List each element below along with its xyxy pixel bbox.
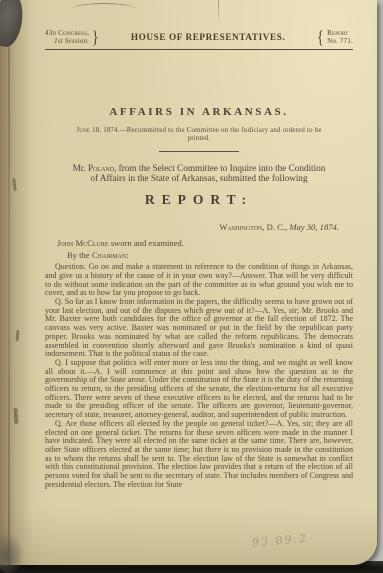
separator-rule: [159, 151, 239, 152]
recommittal-line2: printed.: [45, 135, 353, 143]
right-brace: {: [316, 28, 326, 46]
submission-line1: Mr. Poland, from the Select Committee to…: [45, 163, 353, 174]
dateline-date: May 30, 1874.: [289, 222, 339, 232]
gutter-fold-line: [8, 0, 10, 565]
left-brace: }: [90, 28, 100, 46]
submission-line1-rest: , from the Select Committee to Inquire i…: [114, 163, 325, 173]
recommittal-line1: June 18, 1874.—Recommitted to the Commit…: [45, 127, 353, 135]
submitter-name: Poland: [88, 163, 114, 173]
testimony-body: Question. Go on and make a statement in …: [45, 263, 353, 489]
by-suffix: :: [126, 250, 128, 260]
document-header: 43d Congress, 1st Session. } HOUSE OF RE…: [45, 28, 353, 46]
chairman-name: Chairman: [92, 250, 126, 260]
dateline-place: Washington, D. C.,: [219, 222, 289, 232]
stitch-thread: [12, 178, 16, 191]
by-prefix: By the: [67, 250, 92, 260]
recommittal-line1-rest: 18, 1874.—Recommitted to the Committee o…: [90, 127, 321, 134]
document-page: 43d Congress, 1st Session. } HOUSE OF RE…: [0, 0, 377, 565]
recommittal-note: June 18, 1874.—Recommitted to the Commit…: [45, 127, 353, 143]
handwritten-catalog-number: 93.09.2: [252, 532, 309, 550]
stitch-thread: [16, 330, 20, 341]
congress-session-block: 43d Congress, 1st Session. }: [45, 28, 102, 46]
chamber-title: HOUSE OF REPRESENTATIVES.: [131, 32, 285, 42]
report-heading: REPORT:: [45, 192, 353, 208]
report-number-block: { Report No. 771.: [314, 28, 353, 46]
submission-line2: of Affairs in the State of Arkansas, sub…: [45, 173, 353, 184]
witness-name: John McClure: [57, 238, 109, 248]
witness-sworn-line: John McClure sworn and examined.: [45, 238, 353, 248]
congress-line: 43d Congress,: [45, 29, 89, 38]
session-line: 1st Session.: [45, 37, 89, 46]
binding-tape: [0, 0, 26, 49]
page-content: 43d Congress, 1st Session. } HOUSE OF RE…: [45, 0, 353, 489]
testimony-paragraph: Q. I suppose that politics will enter mo…: [45, 359, 353, 420]
testimony-paragraph: Question. Go on and make a statement in …: [45, 263, 353, 298]
testimony-paragraph: Q. So far as I know from information in …: [45, 298, 353, 359]
report-number: No. 771.: [327, 37, 353, 46]
submission-prefix: Mr.: [73, 163, 88, 173]
document-title: AFFAIRS IN ARKANSAS.: [45, 106, 353, 118]
by-chairman-line: By the Chairman:: [45, 250, 353, 260]
witness-rest: sworn and examined.: [109, 238, 184, 248]
book-gutter: [0, 0, 34, 565]
recommittal-month: June: [76, 127, 90, 134]
stitch-thread: [13, 408, 18, 424]
dateline: Washington, D. C., May 30, 1874.: [45, 222, 353, 232]
header-rule: [45, 49, 353, 50]
testimony-paragraph: Q. Are those officers all elected by the…: [45, 420, 353, 490]
report-label: Report: [327, 29, 353, 38]
submission-paragraph: Mr. Poland, from the Select Committee to…: [45, 163, 353, 185]
